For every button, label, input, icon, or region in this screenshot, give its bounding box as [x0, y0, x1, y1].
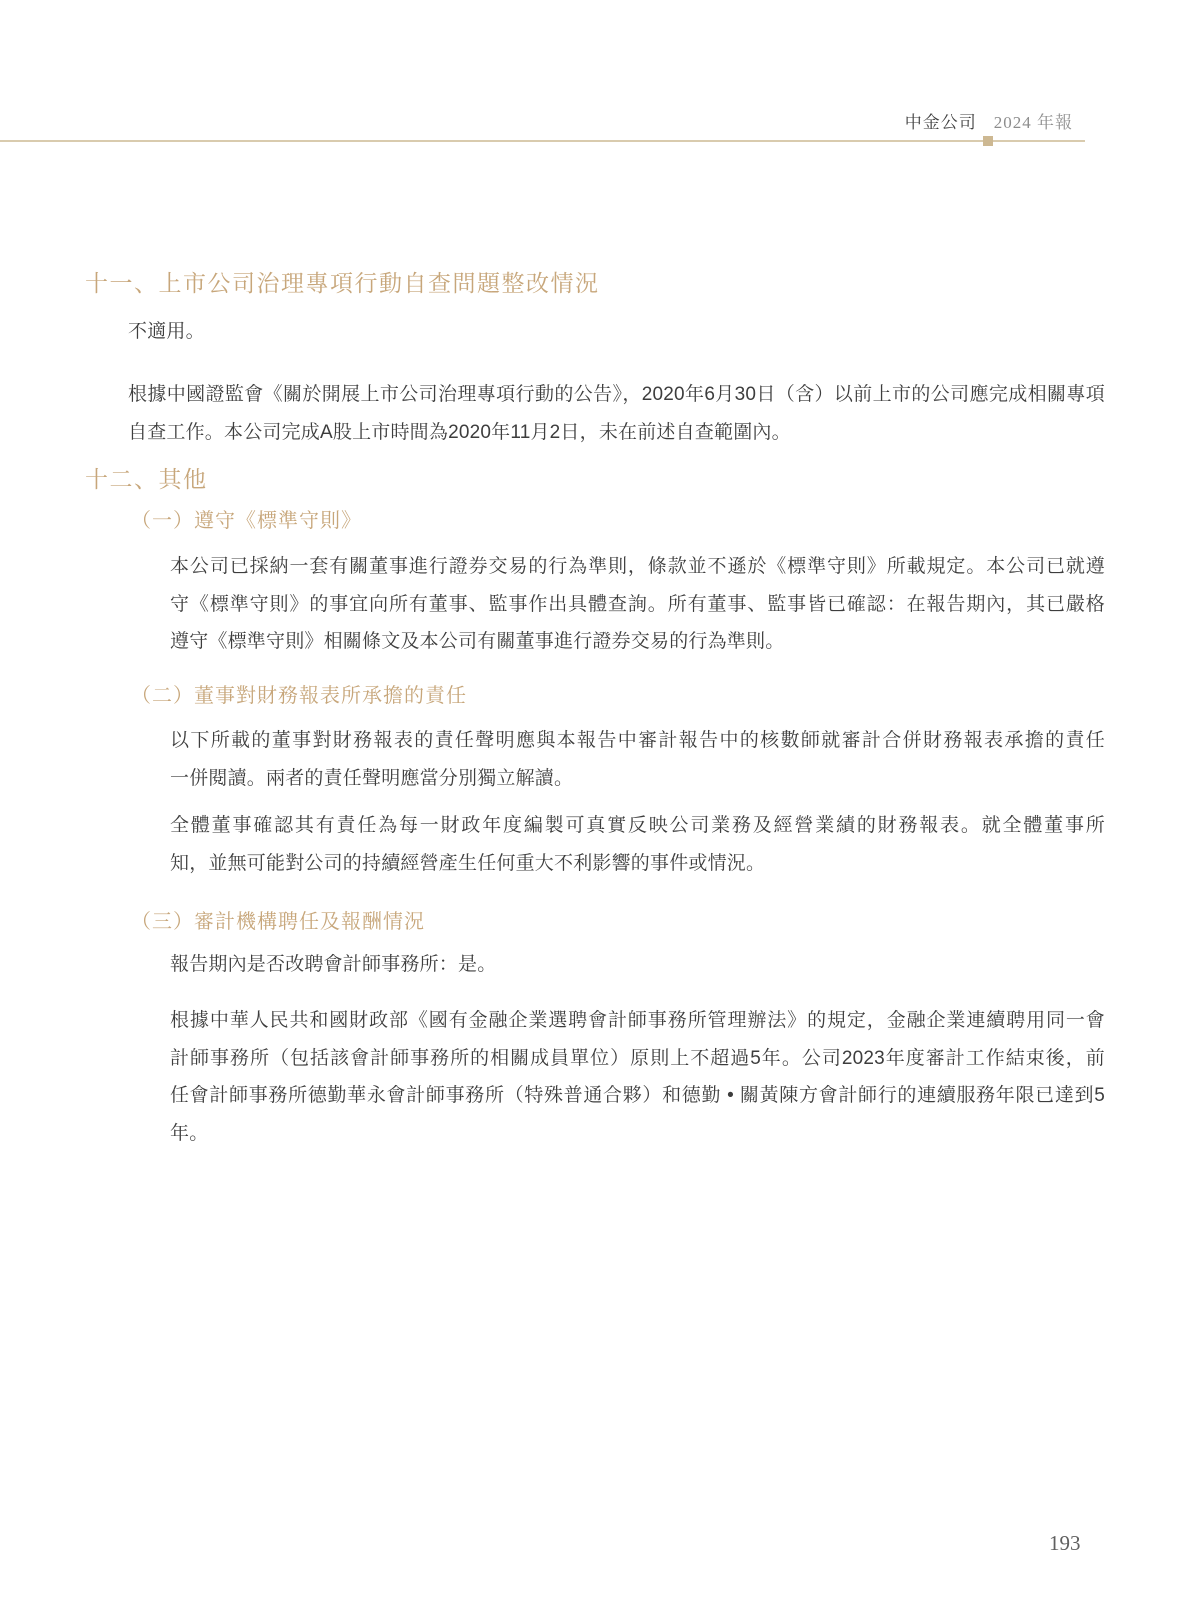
- text-line: 知，並無可能對公司的持續經營產生任何重大不利影響的事件或情況。: [170, 845, 1105, 883]
- header-divider-square-marker: [983, 136, 993, 146]
- section-11-heading: 十一、上市公司治理專項行動自查問題整改情況: [85, 268, 600, 298]
- text-line: 守《標準守則》的事宜向所有董事、監事作出具體查詢。所有董事、監事皆已確認：在報告…: [170, 586, 1105, 624]
- text-line: 任會計師事務所德勤華永會計師事務所（特殊普通合夥）和德勤 • 關黃陳方會計師行的…: [170, 1077, 1105, 1115]
- section-12-sub-1-heading: （一）遵守《標準守則》: [131, 508, 362, 535]
- section-12-sub-3-heading: （三）審計機構聘任及報酬情況: [131, 909, 425, 936]
- text-line: 報告期內是否改聘會計師事務所：是。: [170, 946, 1105, 984]
- text-line: 本公司已採納一套有關董事進行證券交易的行為準則，條款並不遜於《標準守則》所載規定…: [170, 548, 1105, 586]
- section-12-heading: 十二、其他: [85, 464, 208, 494]
- page-number: 193: [1049, 1531, 1081, 1556]
- page-header: 中金公司2024 年報: [905, 108, 1073, 133]
- text-line: 根據中國證監會《關於開展上市公司治理專項行動的公告》，2020年6月30日（含）…: [128, 376, 1105, 414]
- section-12-sub-2-paragraph-2: 全體董事確認其有責任為每一財政年度編製可真實反映公司業務及經營業績的財務報表。就…: [170, 807, 1105, 882]
- section-12-sub-2-heading: （二）董事對財務報表所承擔的責任: [131, 683, 467, 710]
- text-line: 一併閱讀。兩者的責任聲明應當分別獨立解讀。: [170, 760, 1105, 798]
- section-12-sub-3-paragraph-2: 根據中華人民共和國財政部《國有金融企業選聘會計師事務所管理辦法》的規定，金融企業…: [170, 1002, 1105, 1152]
- section-11-paragraph-2: 根據中國證監會《關於開展上市公司治理專項行動的公告》，2020年6月30日（含）…: [128, 376, 1105, 451]
- text-line: 以下所載的董事對財務報表的責任聲明應與本報告中審計報告中的核數師就審計合併財務報…: [170, 722, 1105, 760]
- section-12-sub-1-paragraph-1: 本公司已採納一套有關董事進行證券交易的行為準則，條款並不遜於《標準守則》所載規定…: [170, 548, 1105, 661]
- header-divider-line: [0, 140, 1085, 142]
- text-line: 年。: [170, 1115, 1105, 1153]
- header-report-edition: 2024 年報: [994, 113, 1073, 132]
- text-line: 計師事務所（包括該會計師事務所的相關成員單位）原則上不超過5年。公司2023年度…: [170, 1040, 1105, 1078]
- text-line: 不適用。: [128, 313, 1105, 351]
- section-12-sub-3-paragraph-1: 報告期內是否改聘會計師事務所：是。: [170, 946, 1105, 984]
- text-line: 根據中華人民共和國財政部《國有金融企業選聘會計師事務所管理辦法》的規定，金融企業…: [170, 1002, 1105, 1040]
- report-page: 中金公司2024 年報 十一、上市公司治理專項行動自查問題整改情況 不適用。 根…: [0, 0, 1190, 1615]
- section-12-sub-2-paragraph-1: 以下所載的董事對財務報表的責任聲明應與本報告中審計報告中的核數師就審計合併財務報…: [170, 722, 1105, 797]
- text-line: 自查工作。本公司完成A股上市時間為2020年11月2日，未在前述自查範圍內。: [128, 414, 1105, 452]
- text-line: 全體董事確認其有責任為每一財政年度編製可真實反映公司業務及經營業績的財務報表。就…: [170, 807, 1105, 845]
- header-company-name: 中金公司: [905, 113, 977, 132]
- text-line: 遵守《標準守則》相關條文及本公司有關董事進行證券交易的行為準則。: [170, 623, 1105, 661]
- section-11-paragraph-1: 不適用。: [128, 313, 1105, 351]
